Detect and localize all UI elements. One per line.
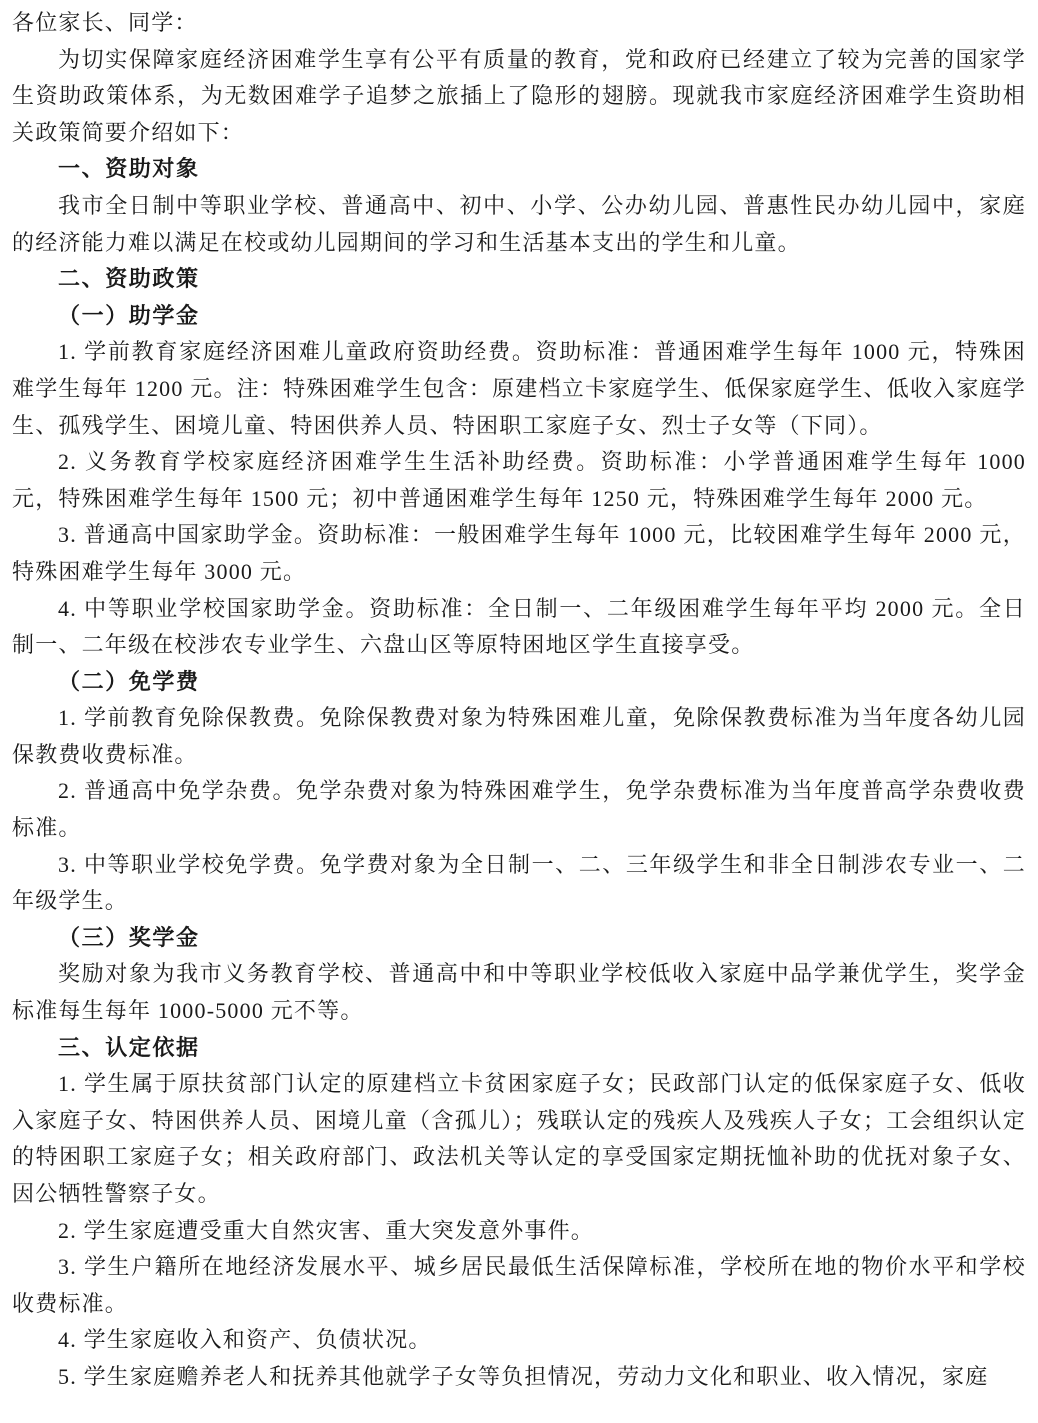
paragraph: 各位家长、同学： (12, 5, 1026, 42)
paragraph: 奖励对象为我市义务教育学校、普通高中和中等职业学校低收入家庭中品学兼优学生，奖学… (12, 956, 1026, 1029)
paragraph: 5. 学生家庭赡养老人和抚养其他就学子女等负担情况，劳动力文化和职业、收入情况，… (12, 1359, 1026, 1396)
paragraph: 4. 中等职业学校国家助学金。资助标准：全日制一、二年级困难学生每年平均 200… (12, 591, 1026, 664)
paragraph: 1. 学前教育家庭经济困难儿童政府资助经费。资助标准：普通困难学生每年 1000… (12, 334, 1026, 444)
section-heading: 一、资助对象 (12, 151, 1026, 188)
section-heading: （三）奖学金 (12, 920, 1026, 957)
section-heading: 二、资助政策 (12, 261, 1026, 298)
document-body: 各位家长、同学：为切实保障家庭经济困难学生享有公平有质量的教育，党和政府已经建立… (12, 5, 1026, 1396)
paragraph: 2. 普通高中免学杂费。免学杂费对象为特殊困难学生，免学杂费标准为当年度普高学杂… (12, 773, 1026, 846)
paragraph: 1. 学前教育免除保教费。免除保教费对象为特殊困难儿童，免除保教费标准为当年度各… (12, 700, 1026, 773)
paragraph: 3. 学生户籍所在地经济发展水平、城乡居民最低生活保障标准，学校所在地的物价水平… (12, 1249, 1026, 1322)
paragraph: 我市全日制中等职业学校、普通高中、初中、小学、公办幼儿园、普惠性民办幼儿园中，家… (12, 188, 1026, 261)
paragraph: 为切实保障家庭经济困难学生享有公平有质量的教育，党和政府已经建立了较为完善的国家… (12, 42, 1026, 152)
section-heading: 三、认定依据 (12, 1030, 1026, 1067)
paragraph: 2. 学生家庭遭受重大自然灾害、重大突发意外事件。 (12, 1213, 1026, 1250)
paragraph: 3. 中等职业学校免学费。免学费对象为全日制一、二、三年级学生和非全日制涉农专业… (12, 847, 1026, 920)
section-heading: （二）免学费 (12, 664, 1026, 701)
paragraph: 1. 学生属于原扶贫部门认定的原建档立卡贫困家庭子女；民政部门认定的低保家庭子女… (12, 1066, 1026, 1212)
paragraph: 3. 普通高中国家助学金。资助标准：一般困难学生每年 1000 元，比较困难学生… (12, 517, 1026, 590)
paragraph: 4. 学生家庭收入和资产、负债状况。 (12, 1322, 1026, 1359)
document-page: 各位家长、同学：为切实保障家庭经济困难学生享有公平有质量的教育，党和政府已经建立… (0, 0, 1038, 1423)
paragraph: 2. 义务教育学校家庭经济困难学生生活补助经费。资助标准：小学普通困难学生每年 … (12, 444, 1026, 517)
section-heading: （一）助学金 (12, 298, 1026, 335)
